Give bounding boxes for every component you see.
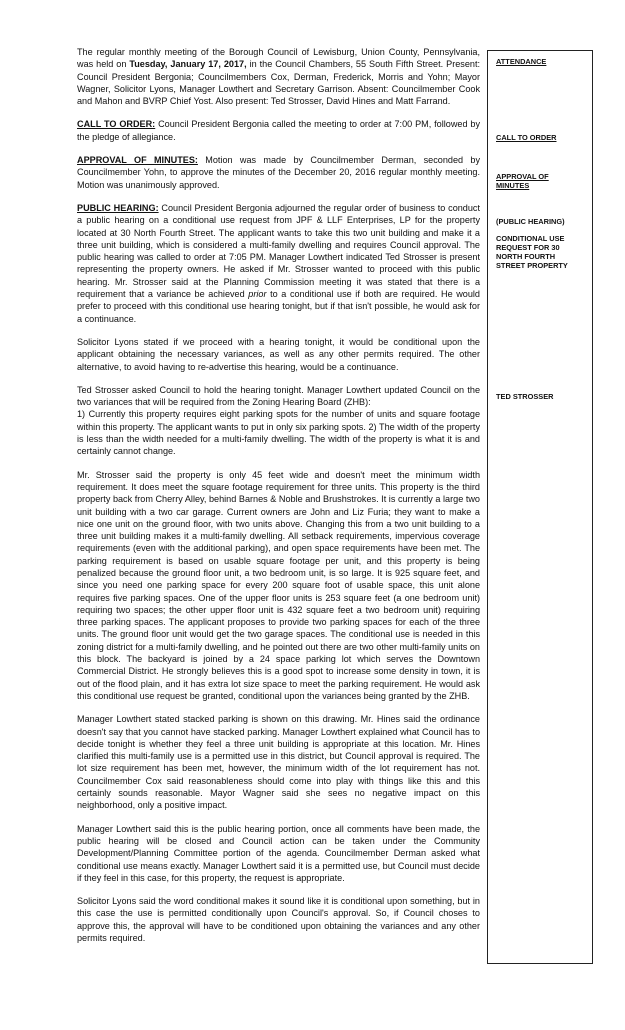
solicitor-paragraph: Solicitor Lyons stated if we proceed wit… [77, 336, 480, 373]
sidebar-conditional-use: CONDITIONAL USE REQUEST FOR 30 NORTH FOU… [496, 234, 580, 270]
call-to-order-paragraph: CALL TO ORDER: Council President Bergoni… [77, 118, 480, 143]
stacked-parking-paragraph: Manager Lowthert stated stacked parking … [77, 713, 480, 811]
margin-notes-box: ATTENDANCE CALL TO ORDER APPROVAL OF MIN… [487, 50, 593, 964]
conditional-meaning-paragraph: Solicitor Lyons said the word conditiona… [77, 895, 480, 944]
approval-heading: APPROVAL OF MINUTES: [77, 155, 198, 165]
approval-paragraph: APPROVAL OF MINUTES: Motion was made by … [77, 154, 480, 191]
sidebar-ted-strosser: TED STROSSER [496, 392, 590, 401]
strosser-request-paragraph: Ted Strosser asked Council to hold the h… [77, 384, 480, 458]
strosser-details-paragraph: Mr. Strosser said the property is only 4… [77, 469, 480, 703]
hearing-portion-paragraph: Manager Lowthert said this is the public… [77, 823, 480, 884]
meeting-date: Tuesday, January 17, 2017, [129, 59, 246, 69]
public-hearing-heading: PUBLIC HEARING: [77, 203, 159, 213]
public-hearing-paragraph: PUBLIC HEARING: Council President Bergon… [77, 202, 480, 325]
sidebar-attendance: ATTENDANCE [496, 57, 590, 66]
attendance-paragraph: The regular monthly meeting of the Borou… [77, 46, 480, 107]
sidebar-approval: APPROVAL OF MINUTES [496, 172, 566, 190]
sidebar-public-hearing: (PUBLIC HEARING) [496, 217, 590, 226]
call-to-order-heading: CALL TO ORDER: [77, 119, 155, 129]
sidebar-call-to-order: CALL TO ORDER [496, 133, 590, 142]
minutes-body: The regular monthly meeting of the Borou… [77, 46, 480, 955]
